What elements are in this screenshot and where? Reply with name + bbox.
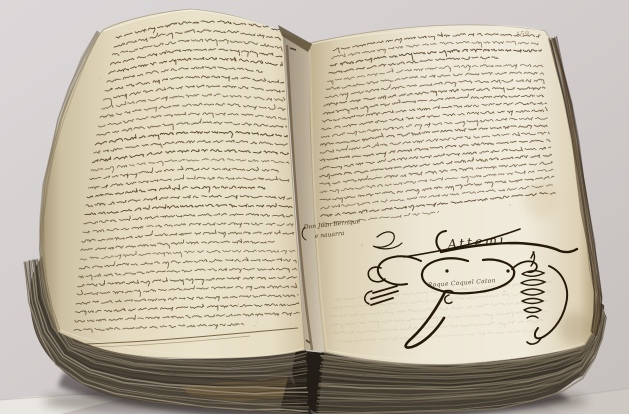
paper-speck (484, 61, 486, 63)
paper-speck (445, 247, 446, 248)
paper-speck (368, 255, 369, 256)
paper-speck (144, 91, 145, 92)
paper-speck (398, 63, 399, 64)
paper-speck (443, 316, 444, 317)
paper-speck (364, 213, 365, 214)
paper-speck (336, 306, 337, 307)
paper-speck (256, 322, 257, 323)
page-number: 159 (515, 30, 530, 39)
ink-dot (445, 269, 448, 272)
paper-speck (132, 214, 134, 216)
paper-speck (546, 157, 547, 158)
paper-speck (132, 84, 134, 86)
paper-speck (359, 211, 360, 212)
paper-speck (503, 291, 505, 293)
paper-speck (446, 148, 448, 150)
paper-speck (111, 327, 112, 328)
paper-speck (127, 63, 128, 64)
paper-speck (342, 326, 343, 327)
corner-stain (559, 312, 591, 344)
paper-speck (151, 73, 152, 74)
paper-stain (522, 182, 558, 218)
manuscript-photo: 159 Don Juan Berrique e nauarra Attemi R… (0, 0, 629, 414)
paper-speck (515, 271, 517, 273)
paper-speck (252, 106, 254, 108)
paper-speck (194, 77, 195, 78)
ink-dot (506, 269, 509, 272)
paper-speck (250, 166, 251, 167)
paper-speck (489, 99, 490, 100)
paper-speck (187, 50, 188, 51)
paper-speck (254, 325, 255, 326)
paper-speck (494, 73, 495, 74)
paper-speck (238, 304, 239, 305)
paper-speck (253, 48, 254, 49)
paper-speck (365, 317, 366, 318)
paper-speck (236, 240, 237, 241)
paper-speck (226, 241, 227, 242)
paper-speck (407, 290, 408, 291)
photo-stage: 159 Don Juan Berrique e nauarra Attemi R… (0, 0, 629, 414)
paper-speck (450, 58, 451, 59)
paper-speck (201, 102, 202, 103)
paper-speck (455, 185, 456, 186)
paper-speck (200, 69, 201, 70)
paper-speck (400, 101, 401, 102)
paper-speck (376, 175, 377, 176)
paper-speck (326, 180, 327, 181)
paper-speck (219, 260, 220, 261)
paper-speck (400, 260, 401, 261)
paper-speck (532, 338, 533, 339)
paper-speck (100, 77, 102, 79)
paper-speck (361, 244, 363, 246)
paper-speck (260, 156, 261, 157)
paper-speck (423, 160, 425, 162)
paper-speck (158, 69, 159, 70)
paper-speck (198, 283, 199, 284)
paper-speck (241, 55, 242, 56)
paper-speck (396, 102, 398, 104)
paper-speck (509, 204, 511, 206)
paper-speck (150, 239, 152, 241)
paper-speck (93, 44, 95, 46)
